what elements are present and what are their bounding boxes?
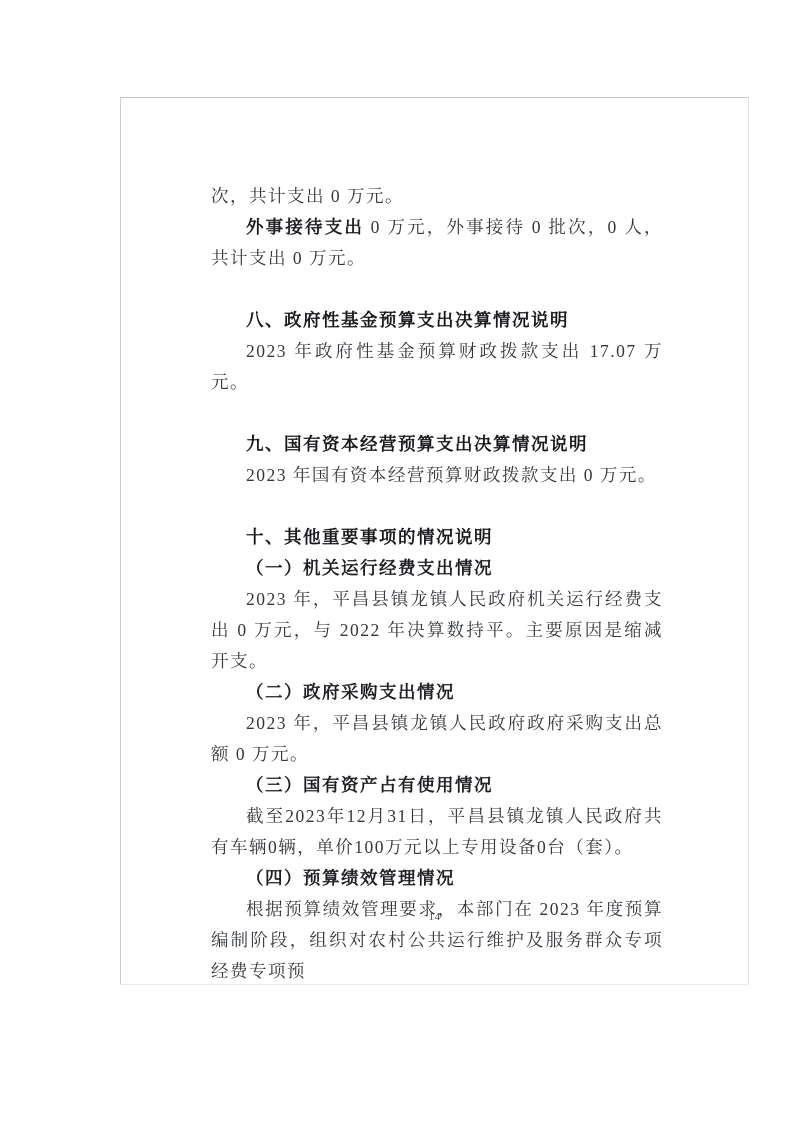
section-10-item-1-body: 2023 年，平昌县镇龙镇人民政府机关运行经费支出 0 万元，与 2022 年决… <box>211 584 663 677</box>
document-canvas: 次，共计支出 0 万元。 外事接待支出 0 万元，外事接待 0 批次，0 人，共… <box>0 0 793 1122</box>
blank-line <box>211 398 663 429</box>
section-10-item-4-heading: （四）预算绩效管理情况 <box>211 863 663 894</box>
paragraph-foreign-reception: 外事接待支出 0 万元，外事接待 0 批次，0 人，共计支出 0 万元。 <box>211 212 663 274</box>
section-9-heading: 九、国有资本经营预算支出决算情况说明 <box>211 429 663 460</box>
section-10-item-2-heading: （二）政府采购支出情况 <box>211 677 663 708</box>
section-9-body: 2023 年国有资本经营预算财政拨款支出 0 万元。 <box>211 460 663 491</box>
section-10-item-3-body: 截至2023年12月31日，平昌县镇龙镇人民政府共有车辆0辆，单价100万元以上… <box>211 801 663 863</box>
section-10-item-3-heading: （三）国有资产占有使用情况 <box>211 770 663 801</box>
blank-line <box>211 491 663 522</box>
section-10-item-2-body: 2023 年，平昌县镇龙镇人民政府政府采购支出总额 0 万元。 <box>211 708 663 770</box>
section-8-heading: 八、政府性基金预算支出决算情况说明 <box>211 305 663 336</box>
section-8-body: 2023 年政府性基金预算财政拨款支出 17.07 万元。 <box>211 336 663 398</box>
section-10-heading: 十、其他重要事项的情况说明 <box>211 522 663 553</box>
page-content: 次，共计支出 0 万元。 外事接待支出 0 万元，外事接待 0 批次，0 人，共… <box>211 181 663 987</box>
section-10-item-4-body: 根据预算绩效管理要求，本部门在 2023 年度预算编制阶段，组织对农村公共运行维… <box>211 894 663 987</box>
page-number: 14 <box>121 911 748 923</box>
paragraph-foreign-reception-lead: 外事接待支出 <box>246 217 364 237</box>
paragraph-carryover: 次，共计支出 0 万元。 <box>211 181 663 212</box>
blank-line <box>211 274 663 305</box>
document-page: 次，共计支出 0 万元。 外事接待支出 0 万元，外事接待 0 批次，0 人，共… <box>120 97 749 985</box>
section-10-item-1-heading: （一）机关运行经费支出情况 <box>211 553 663 584</box>
